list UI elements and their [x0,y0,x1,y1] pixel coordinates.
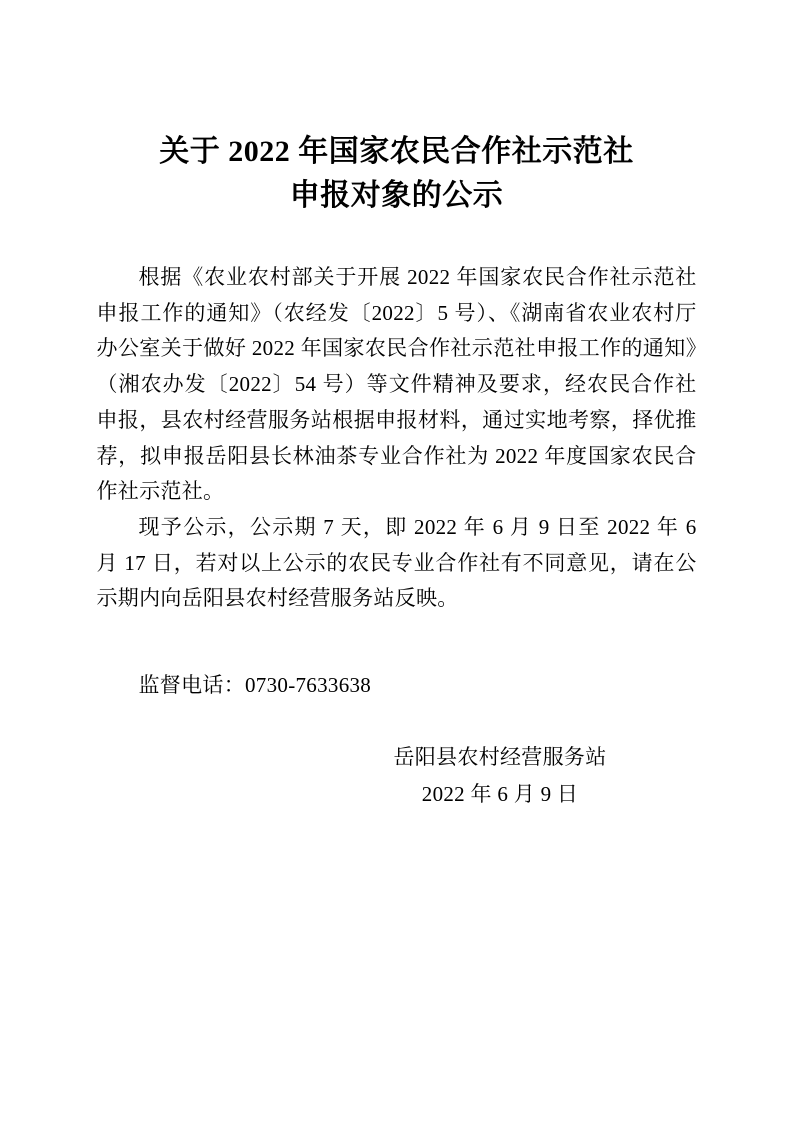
signature-date: 2022 年 6 月 9 日 [394,776,607,813]
body-paragraph-1: 根据《农业农村部关于开展 2022 年国家农民合作社示范社申报工作的通知》（农经… [97,260,697,510]
signature-inner: 岳阳县农村经营服务站 2022 年 6 月 9 日 [394,739,607,813]
signature-block: 岳阳县农村经营服务站 2022 年 6 月 9 日 [97,739,697,813]
document-title: 关于 2022 年国家农民合作社示范社 申报对象的公示 [97,130,697,218]
document-title-line-1: 关于 2022 年国家农民合作社示范社 [97,130,697,174]
document-page: 关于 2022 年国家农民合作社示范社 申报对象的公示 根据《农业农村部关于开展… [97,0,697,1122]
document-body: 根据《农业农村部关于开展 2022 年国家农民合作社示范社申报工作的通知》（农经… [97,260,697,617]
supervision-phone-line: 监督电话：0730-7633638 [97,667,697,703]
document-title-line-2: 申报对象的公示 [97,174,697,218]
body-paragraph-2: 现予公示，公示期 7 天，即 2022 年 6 月 9 日至 2022 年 6 … [97,510,697,617]
signature-org: 岳阳县农村经营服务站 [394,739,607,776]
